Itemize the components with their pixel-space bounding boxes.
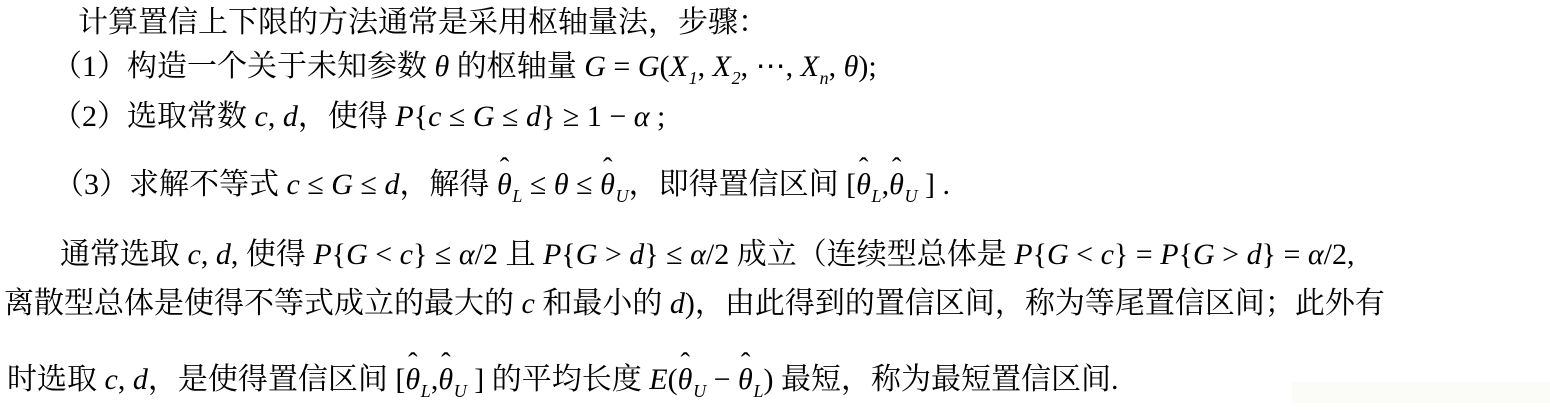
subscript: 2 <box>732 68 741 88</box>
math-run: , <box>431 363 439 396</box>
text-run: （1）构造一个关于未知参数 <box>52 50 435 83</box>
math-run: /2 <box>706 238 737 271</box>
subscript: U <box>454 381 467 401</box>
math-run: c <box>188 238 201 271</box>
math-run: c <box>1101 238 1114 271</box>
subscript: U <box>616 186 629 206</box>
math-run: θ <box>844 50 859 83</box>
line-para2-2: 离散型总体是使得不等式成立的最大的 c 和最小的 d)，由此得到的置信区间，称为… <box>4 285 1385 323</box>
math-run: , <box>201 238 216 271</box>
math-run: d <box>283 100 298 133</box>
math-run: { <box>561 238 575 271</box>
math-run: P <box>395 100 413 133</box>
math-run: d <box>133 363 148 396</box>
text-run: 成立（连续型总体是 <box>737 238 1015 271</box>
math-run: ); <box>858 50 876 83</box>
math-run: G <box>638 50 660 83</box>
math-hatted-symbol: ˆθU <box>438 361 466 399</box>
math-run: /2, <box>1324 238 1355 271</box>
math-run: P <box>1014 238 1032 271</box>
math-run: X2 <box>713 50 741 83</box>
line-para2-3: 时选取 c, d，是使得置信区间 [ˆθL,ˆθU ] 的平均长度 E(ˆθU … <box>7 361 1118 399</box>
math-run: c <box>105 363 118 396</box>
text-run: ，解得 <box>399 168 497 201</box>
math-run: /2 <box>475 238 506 271</box>
text-run: 离散型总体是使得不等式成立的最大的 <box>4 287 522 320</box>
math-run: < <box>1069 238 1101 271</box>
math-run: c <box>255 100 268 133</box>
math-run: ≤ <box>353 168 384 201</box>
math-run: } = <box>1114 238 1160 271</box>
hat-accent: ˆ <box>500 155 510 184</box>
text-run: 使得 <box>246 238 314 271</box>
subscript: 1 <box>689 68 698 88</box>
math-run: d <box>216 238 231 271</box>
text-run: ，由此得到的置信区间，称为等尾置信区间；此外有 <box>695 287 1385 320</box>
math-run: d <box>629 238 644 271</box>
text-run: 最短，称为最短置信区间. <box>781 363 1119 396</box>
math-run: } ≥ 1 − <box>541 100 634 133</box>
hat-accent: ˆ <box>603 155 613 184</box>
math-run: d <box>384 168 399 201</box>
math-run: G <box>346 238 368 271</box>
math-run: = <box>606 50 638 83</box>
math-run: θ <box>554 168 569 201</box>
math-run: d <box>1247 238 1262 271</box>
hat-accent: ˆ <box>408 350 418 379</box>
math-run: ] <box>467 363 492 396</box>
subscript: n <box>820 68 829 88</box>
document-page: 计算置信上下限的方法通常是采用枢轴量法，步骤：（1）构造一个关于未知参数 θ 的… <box>0 0 1550 412</box>
math-run: ≤ <box>300 168 331 201</box>
line-step-3: （3）求解不等式 c ≤ G ≤ d，解得 ˆθL ≤ θ ≤ ˆθU，即得置信… <box>54 166 950 204</box>
math-run: P <box>1160 238 1178 271</box>
math-run: [ <box>395 363 405 396</box>
text-run: 计算置信上下限的方法通常是采用枢轴量法，步骤： <box>78 6 768 39</box>
math-run: α <box>634 100 650 133</box>
math-hatted-symbol: ˆθL <box>856 166 881 204</box>
math-run: { <box>414 100 428 133</box>
math-run: , <box>829 50 844 83</box>
text-run: （2）选取常数 <box>52 100 255 133</box>
math-run: > <box>1215 238 1247 271</box>
math-run: α <box>1308 238 1324 271</box>
math-run: } ≤ <box>413 238 459 271</box>
math-run: ( <box>660 50 670 83</box>
text-run: 且 <box>505 238 543 271</box>
math-run: G <box>576 238 598 271</box>
math-run: > <box>597 238 629 271</box>
line-step-1: （1）构造一个关于未知参数 θ 的枢轴量 G = G(X1, X2, ⋯, Xn… <box>52 48 877 86</box>
text-run: ，即得置信区间 <box>629 168 847 201</box>
math-hatted-symbol: ˆθU <box>889 166 917 204</box>
text-run: 的平均长度 <box>492 363 650 396</box>
hat-accent: ˆ <box>859 155 869 184</box>
math-run: , <box>268 100 283 133</box>
math-hatted-symbol: ˆθL <box>738 361 763 399</box>
subscript: L <box>512 186 522 206</box>
math-run: Xn <box>801 50 829 83</box>
math-run: d <box>526 100 541 133</box>
line-para2-1: 通常选取 c, d, 使得 P{G < c} ≤ α/2 且 P{G > d} … <box>60 236 1354 274</box>
math-run: E <box>649 363 667 396</box>
subscript: U <box>905 186 918 206</box>
math-run: P <box>543 238 561 271</box>
text-run: 的枢轴量 <box>449 50 584 83</box>
math-run: { <box>1179 238 1193 271</box>
math-run: G <box>473 100 495 133</box>
math-hatted-symbol: ˆθU <box>600 166 628 204</box>
subscript: U <box>693 381 706 401</box>
hat-accent: ˆ <box>892 155 902 184</box>
math-run: , <box>118 363 133 396</box>
text-run: 通常选取 <box>60 238 188 271</box>
math-run: ≤ <box>441 100 472 133</box>
math-run: c <box>287 168 300 201</box>
math-run: G <box>331 168 353 201</box>
text-run: 和最小的 <box>535 287 670 320</box>
math-run: , <box>698 50 713 83</box>
text-run: ，使得 <box>298 100 396 133</box>
math-run: d <box>670 287 685 320</box>
math-run: X1 <box>670 50 698 83</box>
math-run: G <box>1047 238 1069 271</box>
math-run: P <box>313 238 331 271</box>
subscript: L <box>872 186 882 206</box>
math-run: ≤ <box>522 168 553 201</box>
math-run: ) <box>763 363 781 396</box>
math-run: c <box>522 287 535 320</box>
math-run: G <box>584 50 606 83</box>
subscript: L <box>421 381 431 401</box>
math-run: ) <box>685 287 695 320</box>
math-hatted-symbol: ˆθU <box>678 361 706 399</box>
math-run: c <box>400 238 413 271</box>
faint-scan-artifact <box>1292 382 1550 403</box>
math-run: ; <box>650 100 666 133</box>
math-run: α <box>459 238 475 271</box>
subscript: L <box>753 381 763 401</box>
math-run: { <box>1033 238 1047 271</box>
math-run: ≤ <box>569 168 600 201</box>
hat-accent: ˆ <box>680 350 690 379</box>
math-run: ] . <box>918 168 951 201</box>
text-run: （3）求解不等式 <box>54 168 287 201</box>
math-run: { <box>332 238 346 271</box>
math-run: [ <box>846 168 856 201</box>
line-step-2: （2）选取常数 c, d，使得 P{c ≤ G ≤ d} ≥ 1 − α ; <box>52 98 665 136</box>
hat-accent: ˆ <box>441 350 451 379</box>
math-run: ≤ <box>495 100 526 133</box>
text-run: ，是使得置信区间 <box>148 363 396 396</box>
math-run: θ <box>435 50 450 83</box>
math-run: , <box>231 238 246 271</box>
math-run: − <box>706 363 738 396</box>
math-run: < <box>368 238 400 271</box>
hat-accent: ˆ <box>741 350 751 379</box>
math-run: c <box>428 100 441 133</box>
math-run: , ⋯, <box>741 50 801 83</box>
math-hatted-symbol: ˆθL <box>497 166 522 204</box>
math-hatted-symbol: ˆθL <box>405 361 430 399</box>
line-intro: 计算置信上下限的方法通常是采用枢轴量法，步骤： <box>78 4 768 42</box>
math-run: } = <box>1262 238 1308 271</box>
text-run: 时选取 <box>7 363 105 396</box>
math-run: } ≤ <box>644 238 690 271</box>
math-run: α <box>690 238 706 271</box>
math-run: G <box>1193 238 1215 271</box>
math-run: ( <box>668 363 678 396</box>
math-run: , <box>882 168 890 201</box>
